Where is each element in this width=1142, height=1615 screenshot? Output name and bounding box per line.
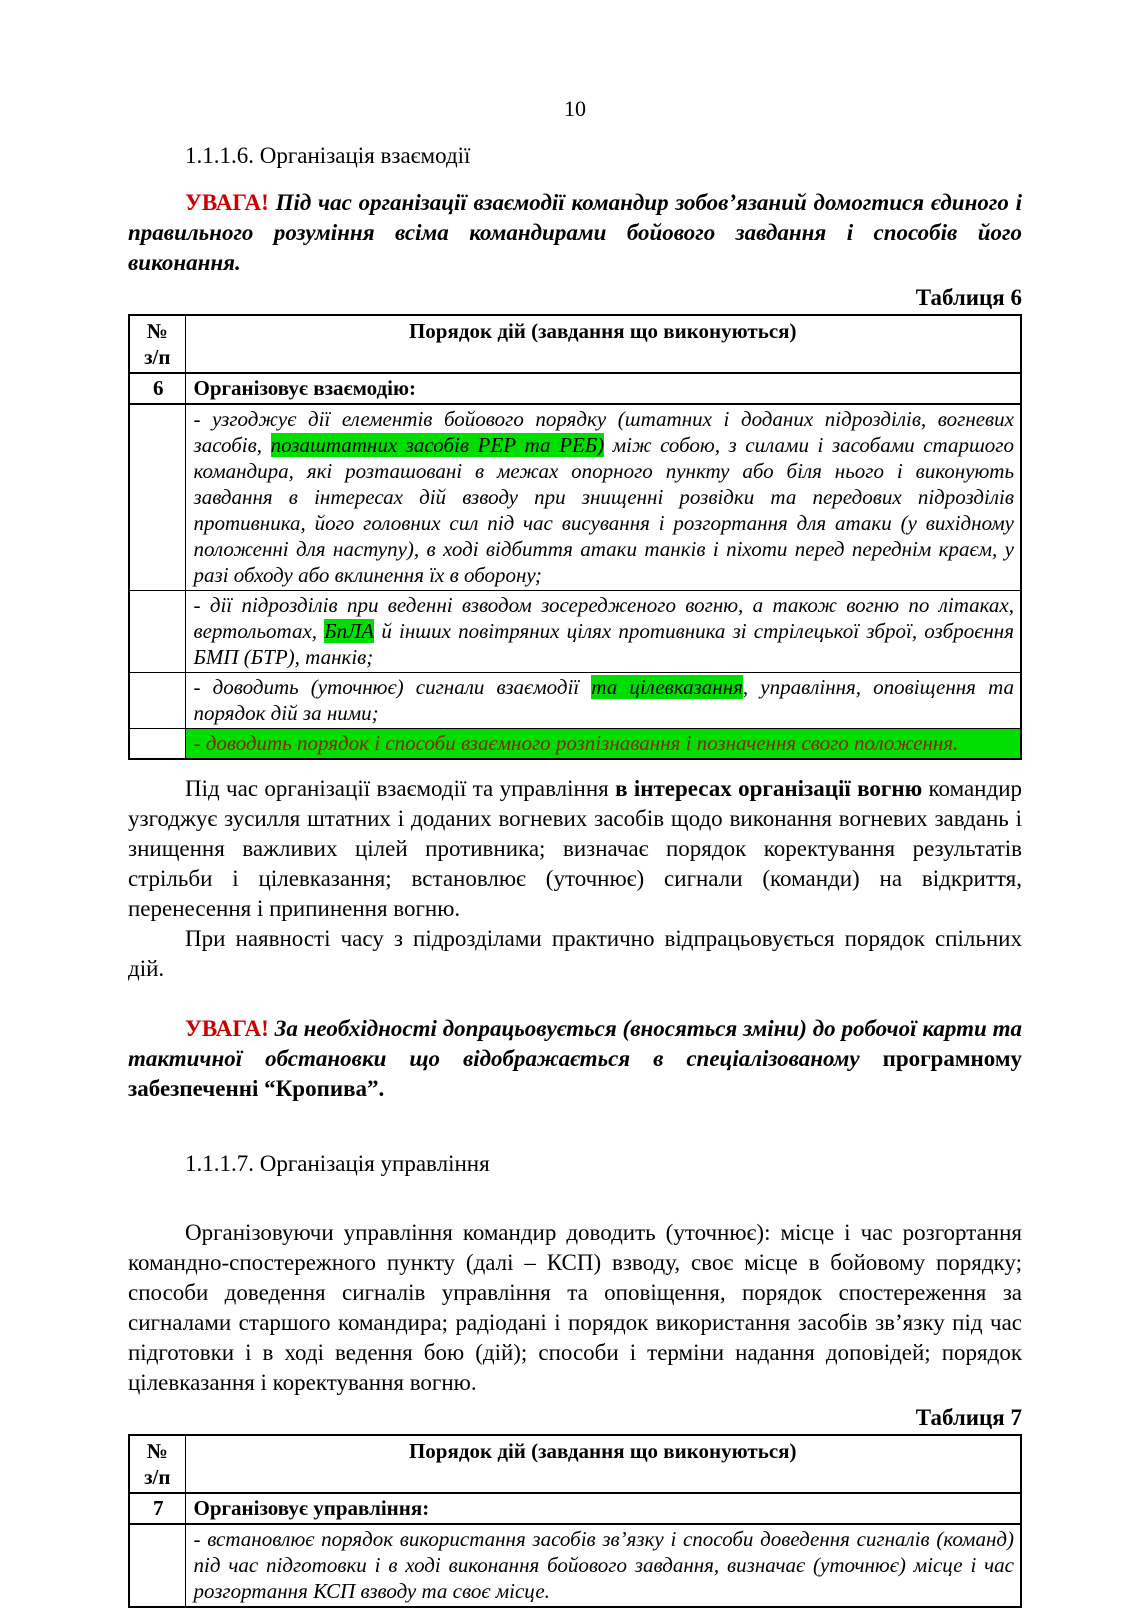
table6-row1-content: - узгоджує дії елементів бойового порядк…: [185, 404, 1021, 591]
table6-row2: - дії підрозділів при веденні взводом зо…: [129, 591, 1021, 673]
table7-header-num: № з/п: [129, 1435, 185, 1493]
table7-row-main-title: Організовує управління:: [185, 1493, 1021, 1524]
attention-label-1: УВАГА!: [185, 190, 269, 215]
attention-paragraph-2: УВАГА! За необхідності допрацьовується (…: [128, 1014, 1022, 1104]
paragraph-joint-actions: При наявності часу з підрозділами практи…: [128, 924, 1022, 984]
table6-row3-num: [129, 673, 185, 729]
section-heading-1-1-1-7: 1.1.1.7. Організація управління: [128, 1150, 1022, 1178]
table6-row2-num: [129, 591, 185, 673]
table7-caption: Таблиця 7: [128, 1404, 1022, 1432]
table7-row1: - встановлює порядок використання засобі…: [129, 1524, 1021, 1607]
table6-row-main-num: 6: [129, 373, 185, 404]
table6-header-row: № з/п Порядок дій (завдання що виконують…: [129, 315, 1021, 373]
table6-row3-content: - доводить (уточнює) сигнали взаємодії т…: [185, 673, 1021, 729]
table7-row-main-num: 7: [129, 1493, 185, 1524]
section-heading-1-1-1-6: 1.1.1.6. Організація взаємодії: [128, 142, 1022, 170]
table6-row-main: 6 Організовує взаємодію:: [129, 373, 1021, 404]
paragraph-fire-text-a: Під час організації взаємодії та управлі…: [185, 776, 615, 801]
paragraph-fire-organization: Під час організації взаємодії та управлі…: [128, 774, 1022, 924]
page-number: 10: [128, 96, 1022, 122]
table6-row1-highlight: позаштатних засобів РЕР та РЕБ): [271, 433, 605, 457]
table6-row2-content: - дії підрозділів при веденні взводом зо…: [185, 591, 1021, 673]
table6-row3-highlight: та цілевказання: [591, 675, 743, 699]
table7-row1-num: [129, 1524, 185, 1607]
table6-header-action: Порядок дій (завдання що виконуються): [185, 315, 1021, 373]
table6-header-num: № з/п: [129, 315, 185, 373]
table7-row-main: 7 Організовує управління:: [129, 1493, 1021, 1524]
table7: № з/п Порядок дій (завдання що виконують…: [128, 1434, 1022, 1608]
attention-paragraph-1: УВАГА! Під час організації взаємодії ком…: [128, 188, 1022, 278]
table6-row1: - узгоджує дії елементів бойового порядк…: [129, 404, 1021, 591]
table6-row-main-title: Організовує взаємодію:: [185, 373, 1021, 404]
table6: № з/п Порядок дій (завдання що виконують…: [128, 314, 1022, 760]
paragraph-fire-bold-phrase: в інтересах організації вогню: [615, 776, 922, 801]
table6-row1-num: [129, 404, 185, 591]
attention-text-2-bold-italic: в спеціалізованому: [653, 1046, 882, 1071]
paragraph-control-organization: Організовуючи управління командир доводи…: [128, 1218, 1022, 1398]
table6-row4-num: [129, 729, 185, 760]
table6-row3: - доводить (уточнює) сигнали взаємодії т…: [129, 673, 1021, 729]
table6-row4: - доводить порядок і способи взаємного р…: [129, 729, 1021, 760]
table7-row1-content: - встановлює порядок використання засобі…: [185, 1524, 1021, 1607]
table6-row4-content-highlighted: - доводить порядок і способи взаємного р…: [185, 729, 1021, 760]
table6-row2-highlight: БпЛА: [324, 619, 374, 643]
document-page: 10 1.1.1.6. Організація взаємодії УВАГА!…: [0, 0, 1142, 1615]
table7-header-action: Порядок дій (завдання що виконуються): [185, 1435, 1021, 1493]
attention-label-2: УВАГА!: [185, 1016, 269, 1041]
table7-header-row: № з/п Порядок дій (завдання що виконують…: [129, 1435, 1021, 1493]
table6-caption: Таблиця 6: [128, 284, 1022, 312]
table6-row3-text-a: - доводить (уточнює) сигнали взаємодії: [194, 675, 592, 699]
